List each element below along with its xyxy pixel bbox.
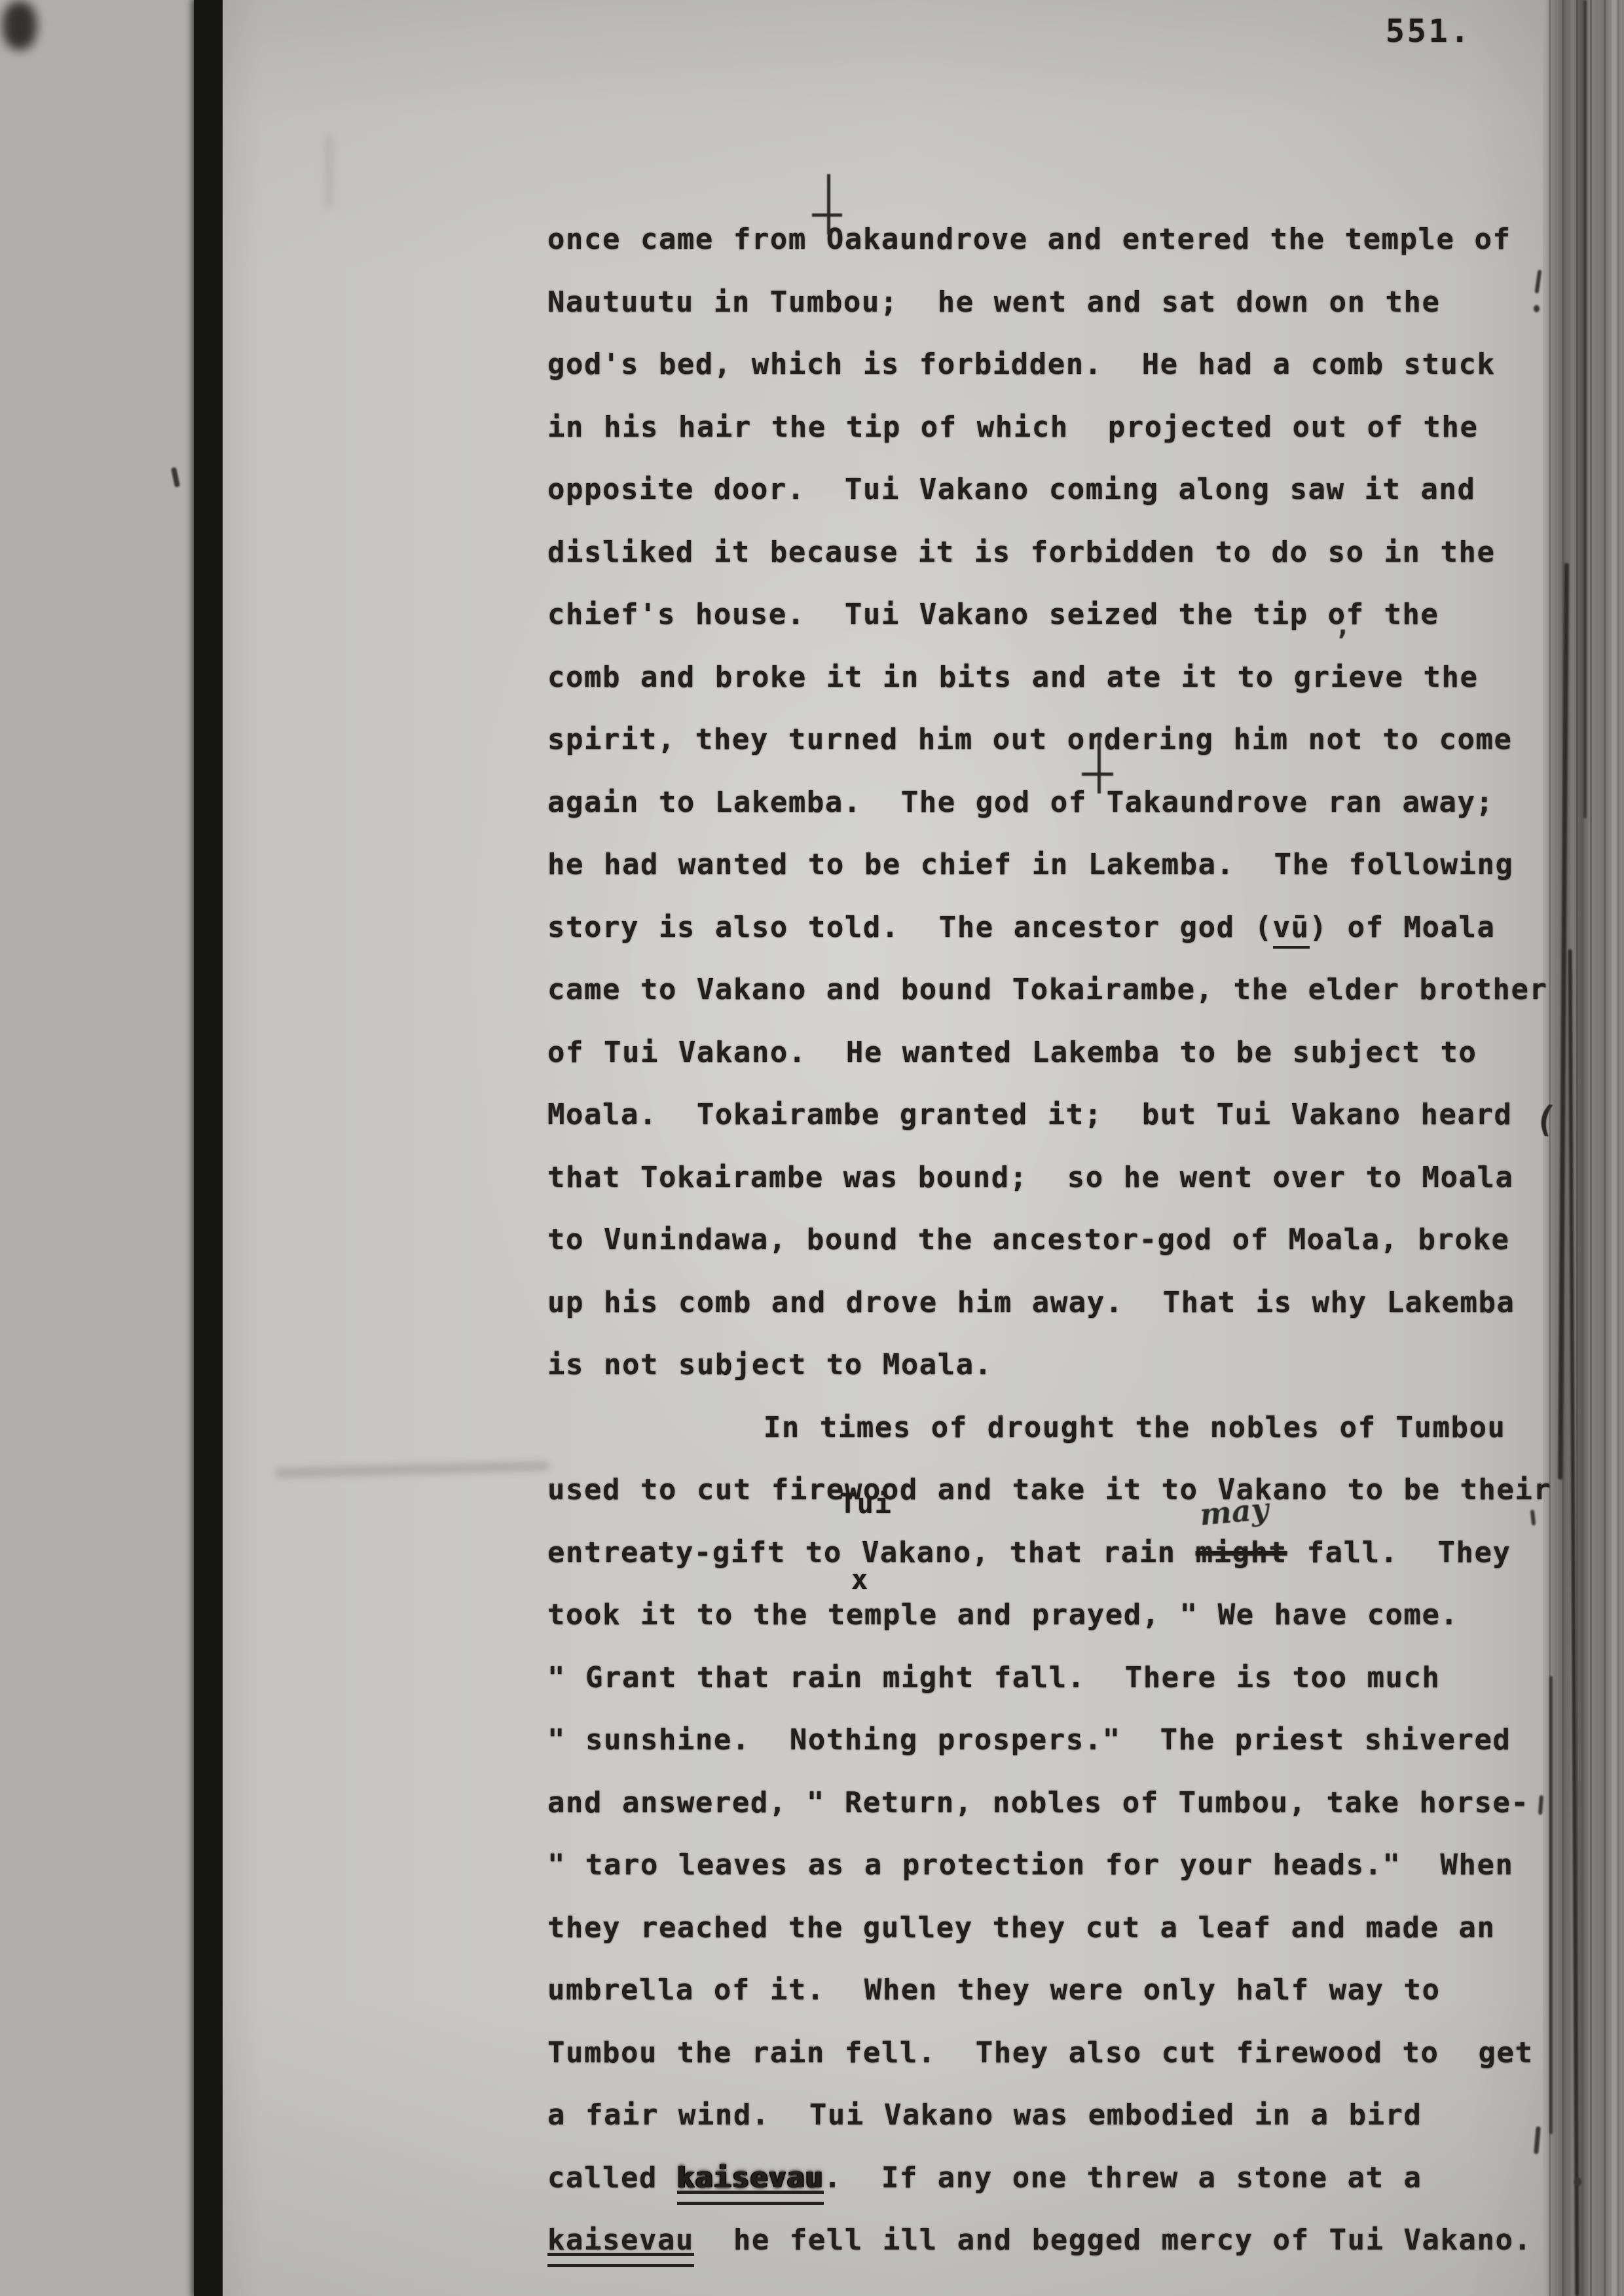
left-margin-speck xyxy=(171,467,180,487)
typescript-line: called kaisevau. If any one threw a ston… xyxy=(547,2147,1549,2210)
corner-scan-mark xyxy=(3,1,37,50)
typescript-line: In times of drought the nobles of Tumbou xyxy=(547,1396,1549,1459)
typescript-line: Nautuutu in Tumbou; he went and sat down… xyxy=(547,271,1549,334)
insertion-cross-takaundrove xyxy=(1082,736,1113,793)
handwritten-word-may: may xyxy=(1198,1491,1270,1533)
film-edge-bar xyxy=(194,0,223,2296)
typescript-line: Moala. Tokairambe granted it; but Tui Va… xyxy=(547,1084,1549,1146)
typescript-line: opposite door. Tui Vakano coming along s… xyxy=(547,458,1549,521)
typescript-line: disliked it because it is forbidden to d… xyxy=(547,521,1549,584)
insertion-mark-x: x xyxy=(851,1563,869,1595)
typescript-line: again to Lakemba. The god of Takaundrove… xyxy=(547,771,1549,834)
margin-dot-top xyxy=(1534,305,1540,312)
typescript-line: and answered, " Return, nobles of Tumbou… xyxy=(547,1772,1549,1834)
typescript-line: story is also told. The ancestor god (vū… xyxy=(547,896,1549,959)
scanned-typescript-page: 551. once came from Oakaundrove and ente… xyxy=(0,0,1624,2296)
typescript-line: " taro leaves as a protection for your h… xyxy=(547,1834,1549,1897)
typescript-line: once came from Oakaundrove and entered t… xyxy=(547,208,1549,271)
inserted-word-tui: Tui xyxy=(840,1487,892,1520)
typescript-line: they reached the gulley they cut a leaf … xyxy=(547,1897,1549,1959)
typescript-line: " sunshine. Nothing prospers." The pries… xyxy=(547,1709,1549,1772)
typescript-line: entreaty-gift to Vakano, that rain might… xyxy=(547,1522,1549,1584)
gutter-crease xyxy=(1583,0,1587,818)
typescript-line: used to cut firewood and take it to Vaka… xyxy=(547,1459,1549,1522)
typescript-line: comb and broke it in bits and ate it to … xyxy=(547,646,1549,709)
typescript-line: " Grant that rain might fall. There is t… xyxy=(547,1647,1549,1709)
typescript-line: umbrella of it. When they were only half… xyxy=(547,1959,1549,2022)
typescript-line: of Tui Vakano. He wanted Lakemba to be s… xyxy=(547,1021,1549,1084)
faint-vertical-smear xyxy=(326,134,332,210)
typescript-line: chief's house. Tui Vakano seized the tip… xyxy=(547,583,1549,646)
typescript-line: a fair wind. Tui Vakano was embodied in … xyxy=(547,2084,1549,2147)
typescript-line: spirit, they turned him out ordering him… xyxy=(547,708,1549,771)
typescript-line: in his hair the tip of which projected o… xyxy=(547,396,1549,459)
typescript-line: up his comb and drove him away. That is … xyxy=(547,1271,1549,1334)
gutter-crease xyxy=(1549,1676,1553,2134)
typescript-line: to Vunindawa, bound the ancestor-god of … xyxy=(547,1209,1549,1271)
text-block: once came from Oakaundrove and entered t… xyxy=(547,208,1549,2272)
typescript-line: took it to the temple and prayed, " We h… xyxy=(547,1584,1549,1647)
margin-dot-bottom xyxy=(1574,2178,1581,2186)
typescript-line: god's bed, which is forbidden. He had a … xyxy=(547,333,1549,396)
insertion-cross-oakaundrove xyxy=(812,174,842,234)
typescript-line: is not subject to Moala. xyxy=(547,1334,1549,1396)
typescript-line: kaisevau he fell ill and begged mercy of… xyxy=(547,2209,1549,2272)
typescript-line: Tumbou the rain fell. They also cut fire… xyxy=(547,2022,1549,2085)
typescript-line: came to Vakano and bound Tokairambe, the… xyxy=(547,958,1549,1021)
page-number: 551. xyxy=(1386,13,1472,50)
typescript-line: that Tokairambe was bound; so he went ov… xyxy=(547,1146,1549,1209)
typescript-line: he had wanted to be chief in Lakemba. Th… xyxy=(547,833,1549,896)
stray-comma-mark: , xyxy=(1335,609,1351,641)
